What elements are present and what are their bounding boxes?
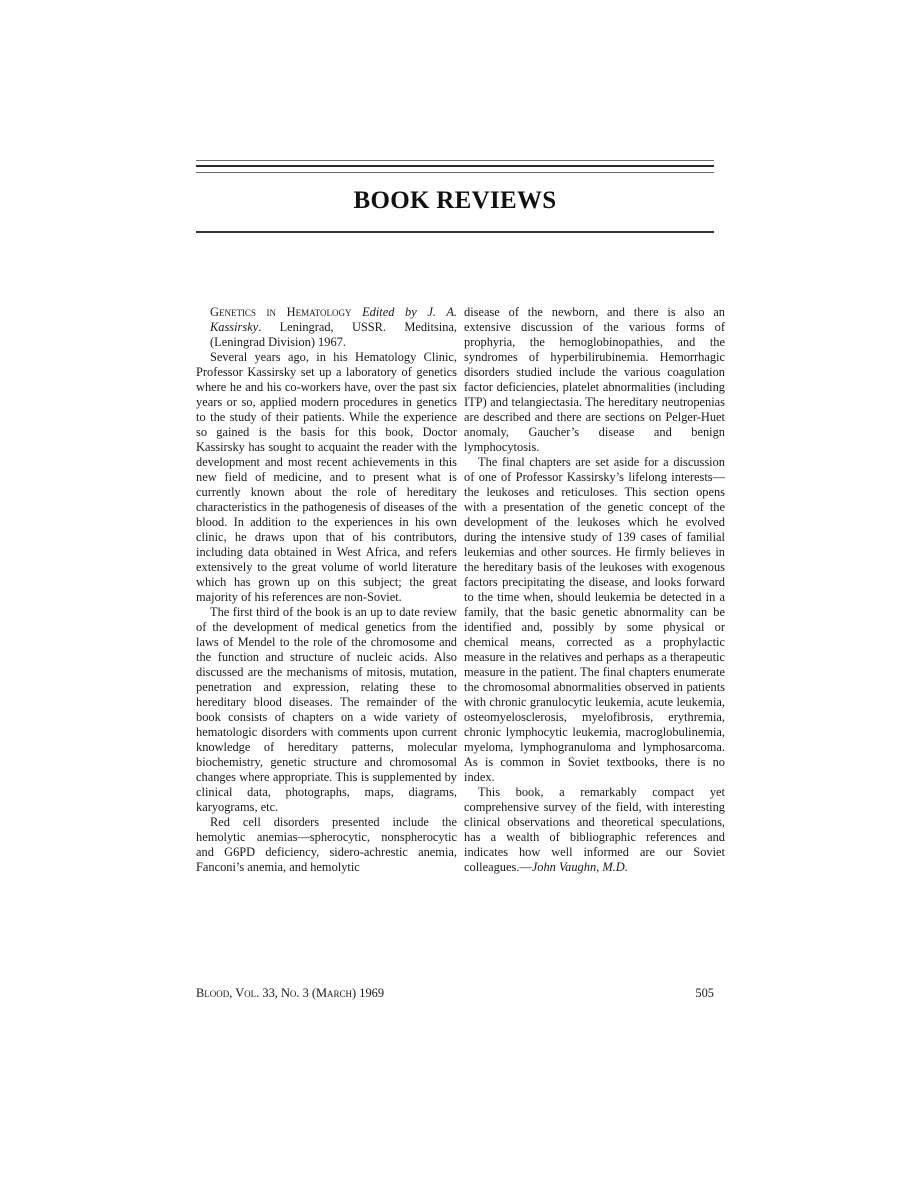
top-rule-thin-1 bbox=[196, 160, 714, 161]
left-column: Genetics in Hematology Edited by J. A. K… bbox=[196, 305, 457, 875]
top-rule-thick bbox=[196, 165, 714, 167]
right-column: disease of the newborn, and there is als… bbox=[464, 305, 725, 875]
paragraph: The first third of the book is an up to … bbox=[196, 605, 457, 815]
paragraph: Red cell disorders presented include the… bbox=[196, 815, 457, 875]
heading-bottom-rule bbox=[196, 231, 714, 233]
paragraph: The final chapters are set aside for a d… bbox=[464, 455, 725, 785]
book-title: Genetics in Hematology bbox=[210, 305, 351, 319]
paragraph-continued: disease of the newborn, and there is als… bbox=[464, 305, 725, 455]
top-rule-thin-2 bbox=[196, 172, 714, 173]
paragraph: Several years ago, in his Hematology Cli… bbox=[196, 350, 457, 605]
reviewer-signature: John Vaughn, M.D. bbox=[532, 860, 628, 874]
editor-name: Kassirsky bbox=[210, 320, 258, 334]
section-title: BOOK REVIEWS bbox=[196, 187, 714, 215]
editor-prefix: Edited by J. A. bbox=[362, 305, 457, 319]
book-citation: Genetics in Hematology Edited by J. A. K… bbox=[196, 305, 457, 350]
journal-citation: Blood, Vol. 33, No. 3 (March) 1969 bbox=[196, 986, 384, 1001]
closing-paragraph: This book, a remarkably compact yet comp… bbox=[464, 785, 725, 875]
page-number: 505 bbox=[695, 986, 714, 1001]
